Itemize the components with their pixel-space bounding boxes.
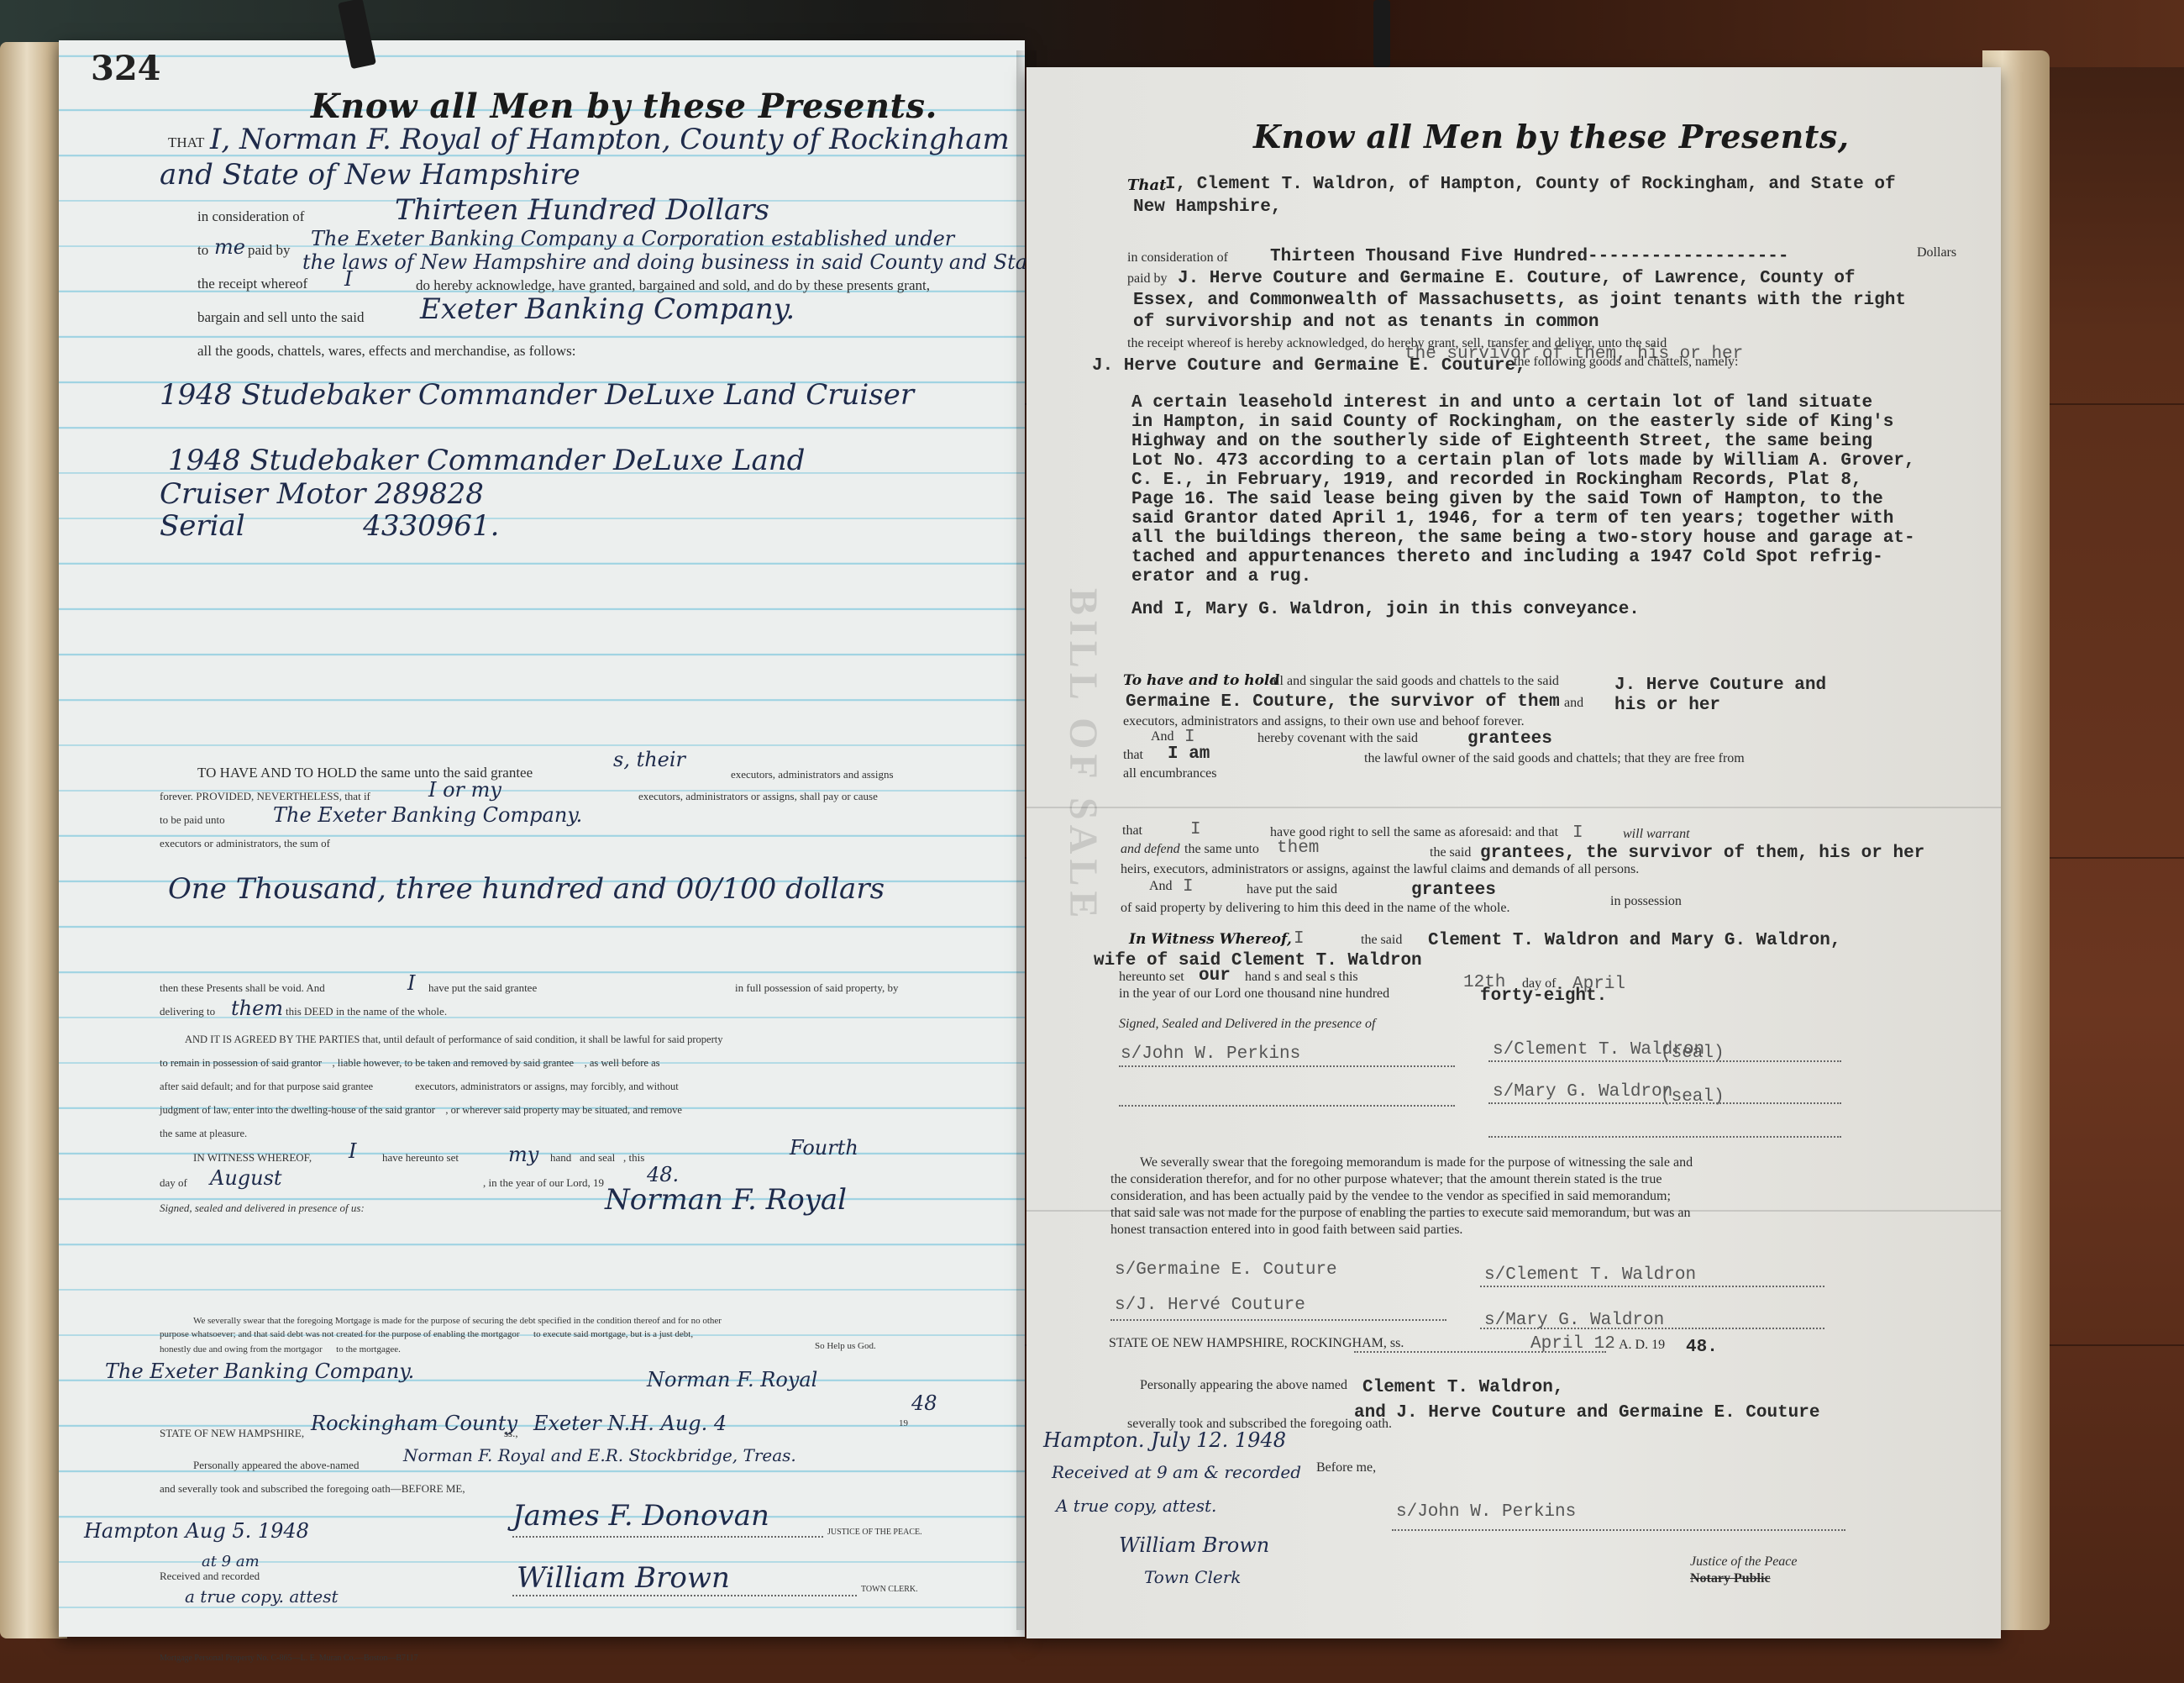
void-end-1: in full possession of said property, by (735, 981, 899, 995)
state-label: STATE OF NEW HAMPSHIRE, (160, 1427, 304, 1440)
description-line: C. E., in February, 1919, and recorded i… (1131, 471, 1862, 490)
agreed-line: to remain in possession of said grantor … (160, 1057, 660, 1070)
receipt-handwritten: I (344, 267, 352, 291)
clerk-signature: William Brown (517, 1561, 730, 1595)
oath-hand-company: The Exeter Banking Company. (105, 1360, 414, 1383)
grantor-typed-2: New Hampshire, (1133, 197, 1281, 217)
description-line: Page 16. The said lease being given by t… (1131, 490, 1883, 509)
page-heading: Know all Men by these Presents, (1253, 118, 1849, 155)
defend-said: the said (1430, 845, 1471, 860)
oath-line: that said sale was not made for the purp… (1110, 1206, 1690, 1221)
before-me: Before me, (1316, 1460, 1376, 1475)
to-have-line-4: executors or administrators, the sum of (160, 837, 330, 850)
grantor-signature-2: s/Mary G. Waldron (1493, 1082, 1672, 1102)
year-text: in the year of our Lord one thousand nin… (1119, 986, 1389, 1002)
witness-year: forty-eight. (1480, 986, 1607, 1006)
goods-line-4: Serial 4330961. (160, 509, 499, 543)
oath-line: consideration, and has been actually pai… (1110, 1189, 1671, 1204)
oath-line: the consideration therefor, and for no o… (1110, 1172, 1662, 1187)
witness-hand-month: August (210, 1166, 282, 1190)
clerk-label: TOWN CLERK. (861, 1585, 918, 1594)
goods-label: all the goods, chattels, wares, effects … (197, 343, 576, 360)
put-and: And (1149, 879, 1173, 894)
owner-that: that (1123, 748, 1143, 763)
appearing-name-2: and J. Herve Couture and Germaine E. Cou… (1354, 1403, 1820, 1423)
to-have-end-1: executors, administrators and assigns (731, 768, 894, 781)
void-line-2: delivering to (160, 1005, 215, 1018)
right-that: that (1122, 823, 1142, 839)
witness-signature: s/John W. Perkins (1121, 1044, 1300, 1064)
state-year: 48. (1686, 1338, 1718, 1357)
witness-wife: wife of said Clement T. Waldron (1094, 951, 1422, 970)
to-have-label: To have and to hold (1123, 672, 1279, 689)
appeared-hand-names: Norman F. Royal and E.R. Stockbridge, Tr… (403, 1445, 796, 1465)
oath-line-1: We severally swear that the foregoing Mo… (193, 1316, 722, 1326)
appeared-label: Personally appeared the above-named (193, 1459, 359, 1472)
recorded-hand-clerk: William Brown (1119, 1533, 1269, 1557)
justice-label: JUSTICE OF THE PEACE. (827, 1528, 922, 1537)
to-have-hand-2: I or my (428, 778, 501, 802)
presence-label: Signed, Sealed and Delivered in the pres… (1119, 1017, 1375, 1032)
witness-hand-day: Fourth (790, 1136, 858, 1160)
book-edge-left (0, 42, 67, 1638)
put-i: I (1183, 877, 1194, 897)
page-heading: Know all Men by these Presents. (311, 87, 937, 126)
witness-our: our (1199, 966, 1231, 986)
justice-label: Justice of the Peace (1690, 1554, 1798, 1570)
payer-typed-3: of survivorship and not as tenants in co… (1133, 313, 1599, 332)
encumbrances: all encumbrances (1123, 766, 1217, 781)
description-line: Highway and on the southerly side of Eig… (1131, 432, 1872, 451)
witness-the-said: the said (1361, 933, 1402, 948)
witness-label: In Witness Whereof, (1129, 931, 1292, 948)
receipt-text-end: the following goods and chattels, namely… (1514, 355, 1739, 370)
to-have-text: all and singular the said goods and chat… (1270, 674, 1559, 689)
year-text: , in the year of our Lord, 19 (483, 1176, 604, 1190)
agreed-line: judgment of law, enter into the dwelling… (160, 1104, 682, 1117)
to-handwritten: me (214, 235, 245, 259)
state-ad: A. D. 19 (1619, 1338, 1665, 1353)
appearing-name-1: Clement T. Waldron, (1362, 1378, 1563, 1397)
to-have-his: his or her (1614, 696, 1720, 715)
oath-line: honest transaction entered into in good … (1110, 1223, 1462, 1238)
justice-signature: s/John W. Perkins (1396, 1502, 1576, 1522)
oath-line-2b: So Help us God. (815, 1341, 876, 1351)
to-have-exec: executors, administrators and assigns, t… (1123, 714, 1525, 729)
consideration-label: in consideration of (1127, 250, 1228, 266)
to-have-and: and (1564, 696, 1583, 711)
void-end-2: this DEED in the name of the whole. (286, 1005, 447, 1018)
grantor-signature: Norman F. Royal (605, 1183, 847, 1217)
that-label: THAT (168, 134, 204, 151)
witness-hand-my: my (508, 1143, 538, 1166)
delivering-text: of said property by delivering to him th… (1121, 901, 1509, 916)
defend-them: them (1277, 839, 1319, 858)
agreed-line: after said default; and for that purpose… (160, 1081, 679, 1093)
clerk-line (512, 1595, 857, 1596)
description-line: tached and appurtenances thereto and inc… (1131, 548, 1883, 567)
owner-iam: I am (1168, 744, 1210, 764)
grantor-handwritten-2: and State of New Hampshire (160, 158, 580, 192)
description-line: Lot No. 473 according to a certain plan … (1131, 451, 1915, 471)
right-page: BILL OF SALE Know all Men by these Prese… (1026, 67, 2001, 1638)
witness-hand-i: I (349, 1139, 356, 1163)
witness-hand-text: hand and seal , this (550, 1151, 644, 1165)
set-label: hereunto set (1119, 970, 1184, 985)
payer-handwritten-2: the laws of New Hampshire and doing busi… (302, 250, 1047, 274)
warrant-label: will warrant (1623, 827, 1690, 842)
recorded-hand-date: Hampton Aug 5. 1948 (84, 1519, 309, 1543)
recorded-hand-attest: A true copy, attest. (1056, 1496, 1216, 1516)
oath-line-left (1110, 1319, 1446, 1321)
dollars-label: Dollars (1917, 245, 1956, 260)
witness-line (1119, 1065, 1455, 1067)
signed-label: Signed, sealed and delivered in presence… (160, 1202, 365, 1215)
receipt-typed-names: J. Herve Couture and Germaine E. Couture… (1092, 356, 1526, 376)
oath-line-2: purpose whatsoever; and that said debt w… (160, 1329, 693, 1339)
agreed-line: AND IT IS AGREED BY THE PARTIES that, un… (185, 1033, 722, 1046)
witness-names: Clement T. Waldron and Mary G. Waldron, (1428, 931, 1840, 950)
recorded-hand-received: Received at 9 am & recorded (1052, 1462, 1301, 1482)
put-grantees: grantees (1411, 881, 1496, 900)
oath-before-label: and severally took and subscribed the fo… (160, 1482, 465, 1496)
state-label: STATE OE NEW HAMPSHIRE, ROCKINGHAM, ss. (1109, 1336, 1404, 1351)
covenant-grantees: grantees (1467, 729, 1552, 749)
to-label: to (197, 242, 208, 259)
bargain-handwritten: Exeter Banking Company. (420, 292, 795, 326)
same-unto: the same unto (1184, 842, 1259, 857)
void-line-1: then these Presents shall be void. And (160, 981, 325, 995)
description-line: A certain leasehold interest in and unto… (1131, 393, 1872, 413)
consideration-typed: Thirteen Thousand Five Hundred----------… (1270, 247, 1789, 266)
attest-hand: a true copy. attest (185, 1586, 339, 1607)
grantor-typed-1: I, Clement T. Waldron, of Hampton, Count… (1165, 175, 1896, 194)
recorded-hand-time: at 9 am (202, 1553, 260, 1570)
notary-struck: Notary Public (1690, 1571, 1771, 1586)
payer-typed-2: Essex, and Commonwealth of Massachusetts… (1133, 291, 1906, 310)
signature-line-2 (1488, 1102, 1841, 1104)
witness-label: IN WITNESS WHEREOF, (193, 1151, 312, 1165)
possession-label: in possession (1610, 894, 1682, 909)
description-line: all the buildings thereon, the same bein… (1131, 529, 1915, 548)
defend-label: and defend (1121, 842, 1180, 857)
paid-by-label: paid by (1127, 271, 1168, 287)
oath-line: We severally swear that the foregoing me… (1140, 1155, 1693, 1170)
justice-line (1392, 1529, 1845, 1531)
state-hand-year: 48 (911, 1391, 937, 1415)
state-ss: ss., (504, 1427, 518, 1440)
bargain-label: bargain and sell unto the said (197, 309, 364, 326)
receipt-text: do hereby acknowledge, have granted, bar… (416, 277, 930, 294)
seals-label: hand s and seal s this (1245, 970, 1358, 985)
covenant-text: hereby covenant with the said (1257, 731, 1418, 746)
to-have-names-2: Germaine E. Couture, the survivor of the… (1126, 692, 1560, 712)
oath-signature-left-2: s/J. Hervé Couture (1115, 1296, 1305, 1315)
payer-typed-1: J. Herve Couture and Germaine E. Couture… (1178, 269, 1856, 288)
form-footer: Mortgage Personal Property No. C-865—L. … (160, 1654, 418, 1663)
to-have-line-3: to be paid unto (160, 813, 225, 827)
oath-hand-signature: Norman F. Royal (647, 1368, 817, 1391)
goods-line-1: 1948 Studebaker Commander DeLuxe Land Cr… (160, 378, 914, 412)
page-fold (1026, 807, 2001, 808)
oath-signature-right-1: s/Clement T. Waldron (1484, 1265, 1696, 1285)
sum-handwritten: One Thousand, three hundred and 00/100 d… (168, 872, 885, 906)
to-have-names-1: J. Herve Couture and (1614, 676, 1826, 695)
oath-line-3: honestly due and owing from the mortgago… (160, 1344, 401, 1354)
to-have-end-2: executors, administrators or assigns, sh… (638, 790, 878, 803)
witness-i: I (1294, 929, 1305, 949)
defend-grantees: grantees, the survivor of them, his or h… (1480, 844, 1924, 863)
oath-signature-left-1: s/Germaine E. Couture (1115, 1260, 1337, 1280)
void-hand-2: them (231, 997, 283, 1020)
justice-signature: James F. Donovan (512, 1499, 769, 1533)
owner-text: the lawful owner of the said goods and c… (1364, 751, 1745, 766)
state-date: April 12 (1530, 1334, 1615, 1354)
agreed-line: the same at pleasure. (160, 1128, 247, 1140)
witness-set-text: have hereunto set (382, 1151, 459, 1165)
recorded-hand-clerk-title: Town Clerk (1144, 1567, 1241, 1587)
void-mid-1: have put the said grantee (428, 981, 537, 995)
consideration-label: in consideration of (197, 208, 304, 225)
state-hand-county: Rockingham County (311, 1412, 517, 1435)
recorded-hand-date: Hampton. July 12. 1948 (1043, 1428, 1286, 1452)
binder-clip-icon (1373, 0, 1390, 67)
goods-line-3: Cruiser Motor 289828 (160, 477, 484, 511)
state-hand-place-date: Exeter N.H. Aug. 4 (533, 1412, 727, 1435)
heirs-text: heirs, executors, administrators or assi… (1121, 862, 1639, 877)
consideration-handwritten: Thirteen Hundred Dollars (395, 193, 769, 227)
right-i: I (1190, 820, 1201, 839)
join-clause: And I, Mary G. Waldron, join in this con… (1131, 600, 1640, 619)
put-text: have put the said (1247, 882, 1337, 897)
oath-line-right-2 (1480, 1328, 1824, 1329)
void-hand-1: I (407, 971, 415, 995)
paid-by-label: paid by (248, 242, 291, 259)
to-have-line-2: forever. PROVIDED, NEVERTHELESS, that if (160, 790, 370, 803)
signature-line-3 (1488, 1136, 1841, 1138)
that-label: That (1127, 176, 1166, 194)
receipt-label: the receipt whereof (197, 276, 307, 292)
right-i-2: I (1572, 823, 1583, 843)
description-line: in Hampton, in said County of Rockingham… (1131, 413, 1893, 432)
state-year-prefix: 19 (899, 1418, 908, 1428)
payer-handwritten-1: The Exeter Banking Company a Corporation… (311, 227, 954, 250)
left-page: 324 Know all Men by these Presents. THAT… (59, 40, 1025, 1637)
grantor-handwritten-1: I, Norman F. Royal of Hampton, County of… (210, 123, 1010, 156)
day-of-label: day of (160, 1176, 187, 1190)
appearing-label: Personally appearing the above named (1140, 1378, 1347, 1393)
received-label: Received and recorded (160, 1570, 260, 1583)
oath-line-right-1 (1480, 1286, 1824, 1287)
description-line: erator and a rug. (1131, 567, 1311, 586)
justice-line (512, 1536, 823, 1538)
to-have-hand-3: The Exeter Banking Company. (273, 803, 582, 827)
covenant-and: And (1151, 729, 1174, 744)
witness-line-blank (1119, 1105, 1455, 1107)
description-line: said Grantor dated April 1, 1946, for a … (1131, 509, 1893, 529)
signature-line-1 (1488, 1060, 1841, 1062)
goods-line-2: 1948 Studebaker Commander DeLuxe Land (168, 444, 805, 477)
page-number: 324 (91, 49, 161, 88)
bill-of-sale-stamp: BILL OF SALE (1060, 588, 1106, 923)
to-have-hand-1: s, their (613, 748, 685, 771)
